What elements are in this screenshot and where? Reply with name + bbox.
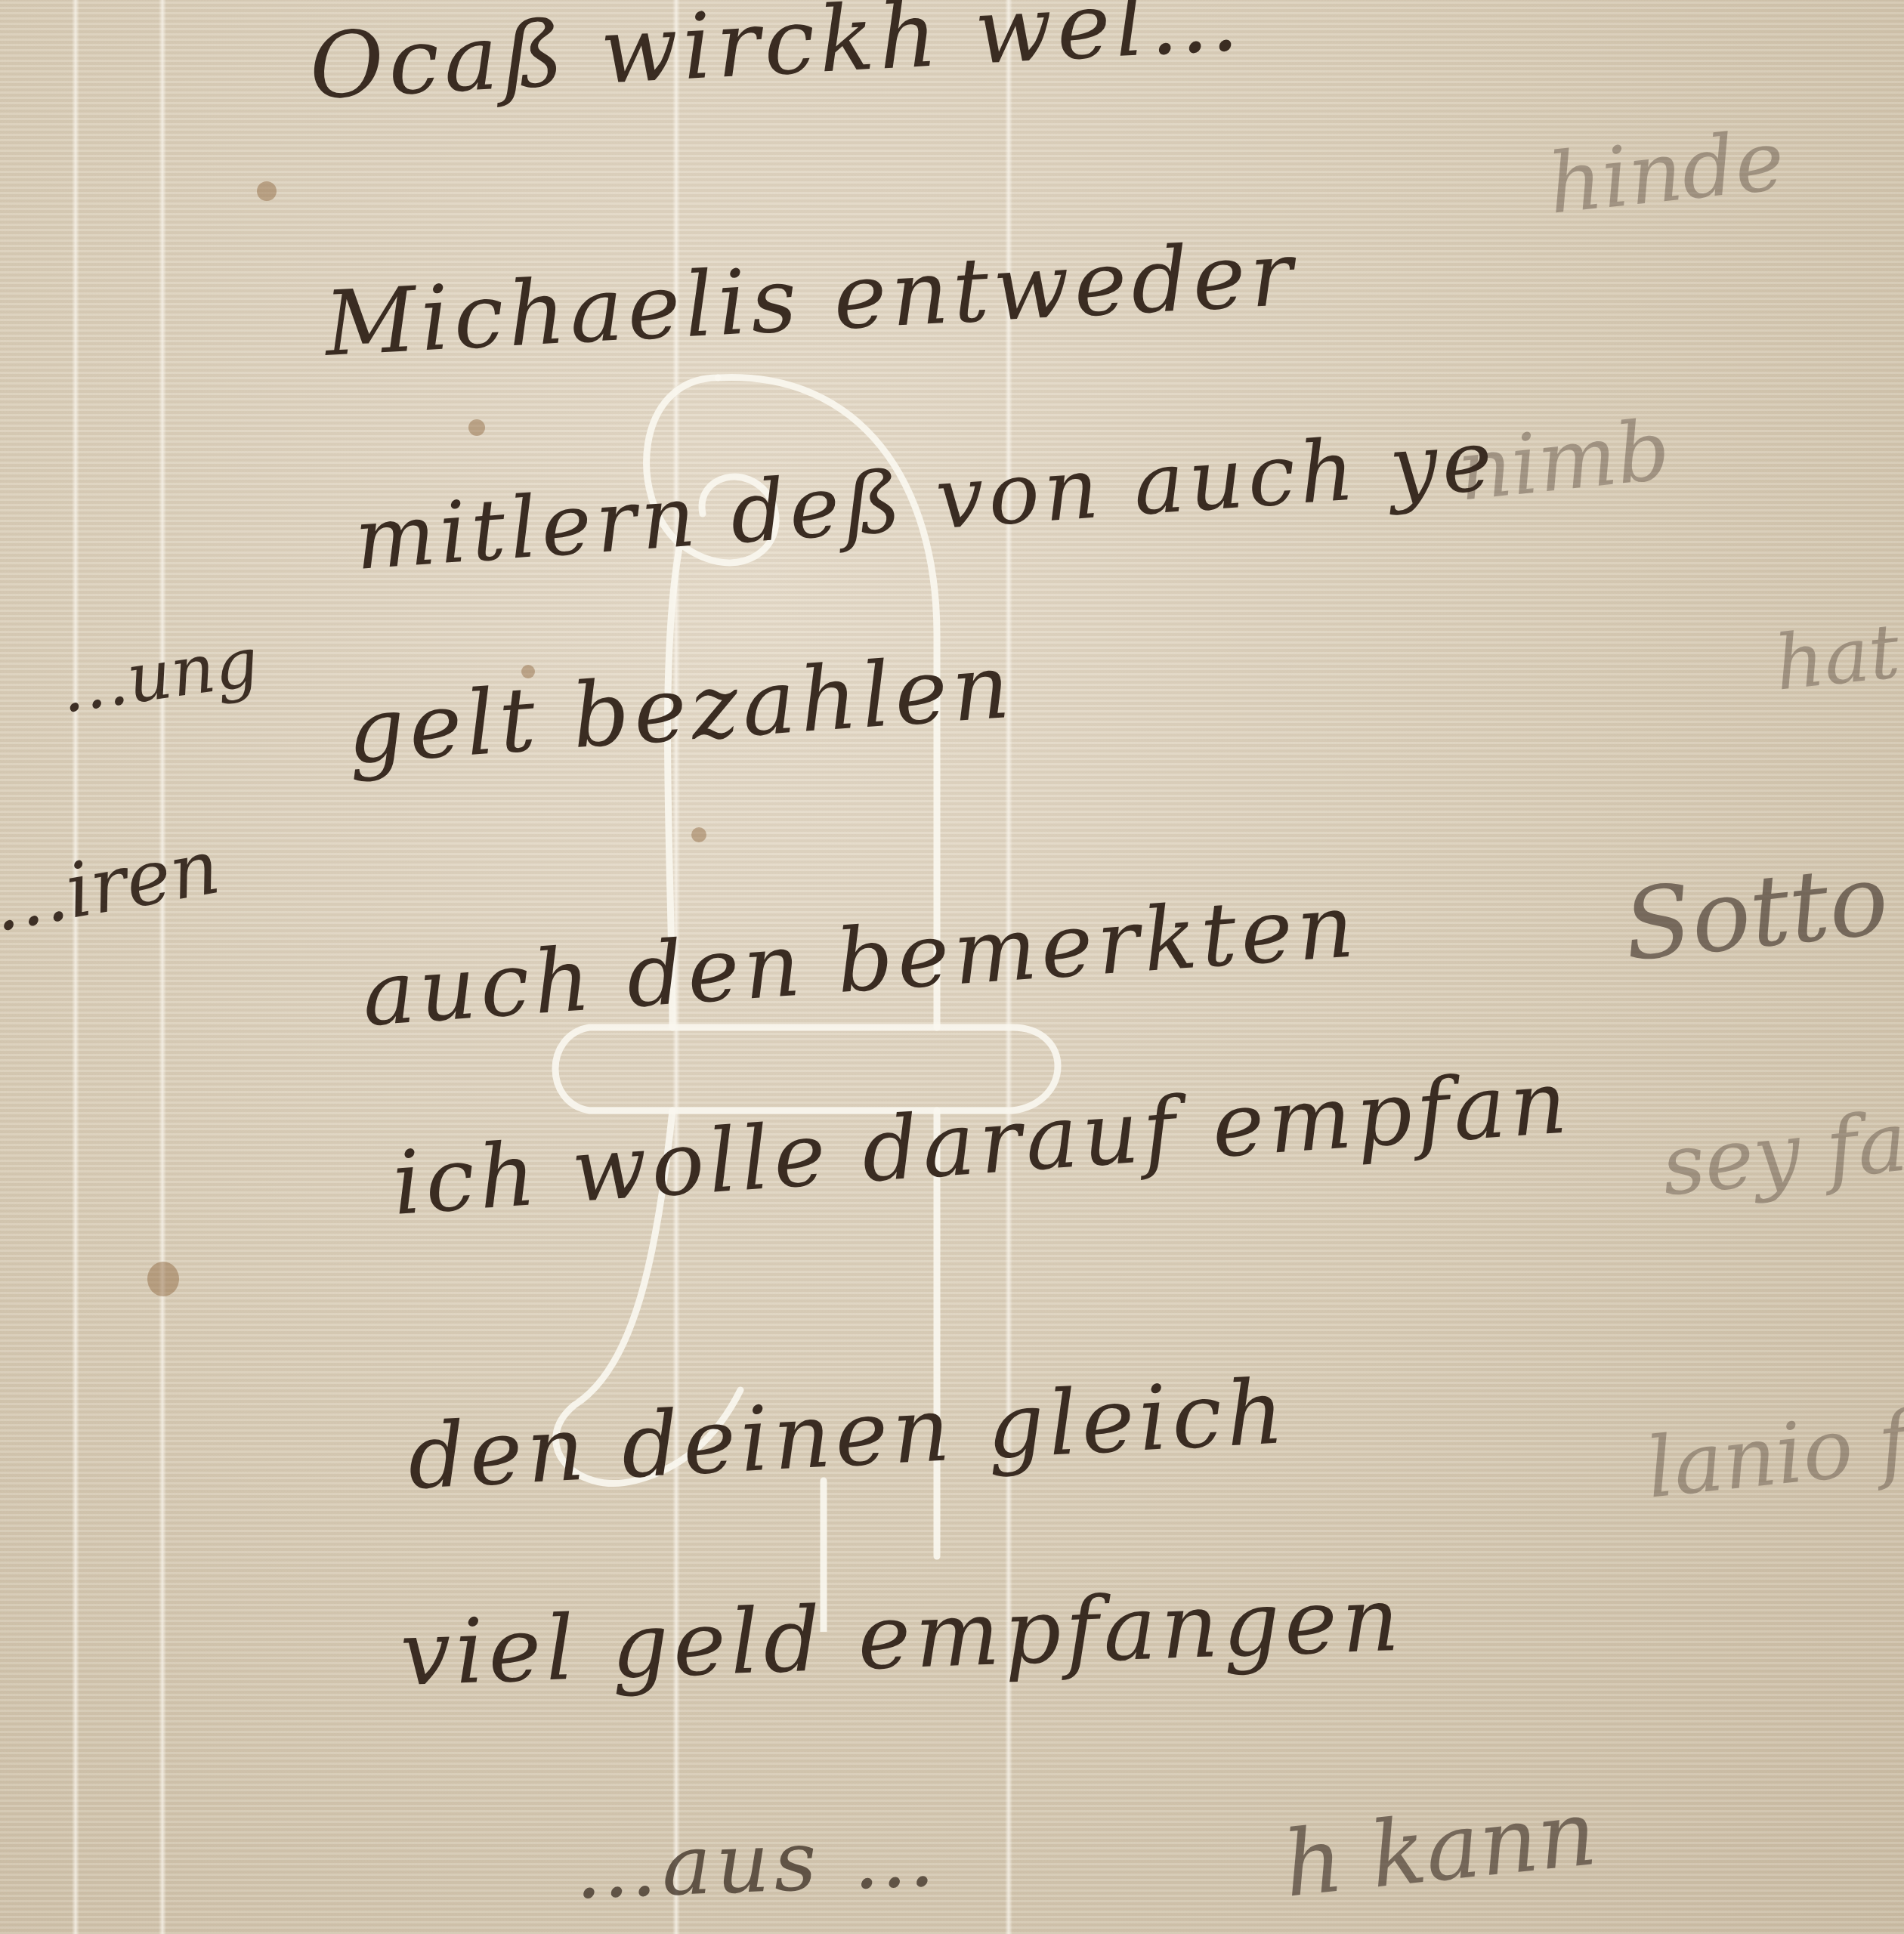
- manuscript-line-9: …aus …: [573, 1808, 941, 1917]
- manuscript-line-4: gelt bezahlen: [344, 634, 1017, 784]
- manuscript-page: hinde nimb hat Sotto sey fa lanio fa h k…: [0, 0, 1904, 1934]
- manuscript-line-6: ich wolle darauf empfan: [389, 1051, 1574, 1235]
- manuscript-line-7: den deinen gleich: [405, 1359, 1290, 1509]
- ink-stain: [468, 419, 485, 436]
- ink-stain: [691, 827, 706, 842]
- ink-stain: [147, 1262, 179, 1296]
- margin-note: …iren: [0, 822, 226, 949]
- manuscript-line-8: viel geld empfangen: [399, 1567, 1405, 1706]
- bleed-through-text: lanio fa: [1642, 1388, 1904, 1517]
- margin-note: …ung: [55, 623, 264, 729]
- ink-stain: [257, 181, 277, 201]
- chain-line: [72, 0, 79, 1934]
- bleed-through-text: h kann: [1279, 1781, 1602, 1918]
- manuscript-line-2: Michaelis entweder: [322, 221, 1300, 376]
- manuscript-line-3: mitlern deß von auch ye: [351, 412, 1500, 589]
- bleed-through-text: hat: [1771, 607, 1904, 708]
- bleed-through-text: sey fa: [1657, 1092, 1904, 1214]
- manuscript-line-1: Ocaß wirckh wel…: [307, 0, 1246, 120]
- bleed-through-text: Sotto: [1618, 842, 1893, 984]
- chain-line: [159, 0, 166, 1934]
- bleed-through-text: hinde: [1544, 112, 1788, 233]
- manuscript-line-5: auch den bemerkten: [359, 875, 1361, 1046]
